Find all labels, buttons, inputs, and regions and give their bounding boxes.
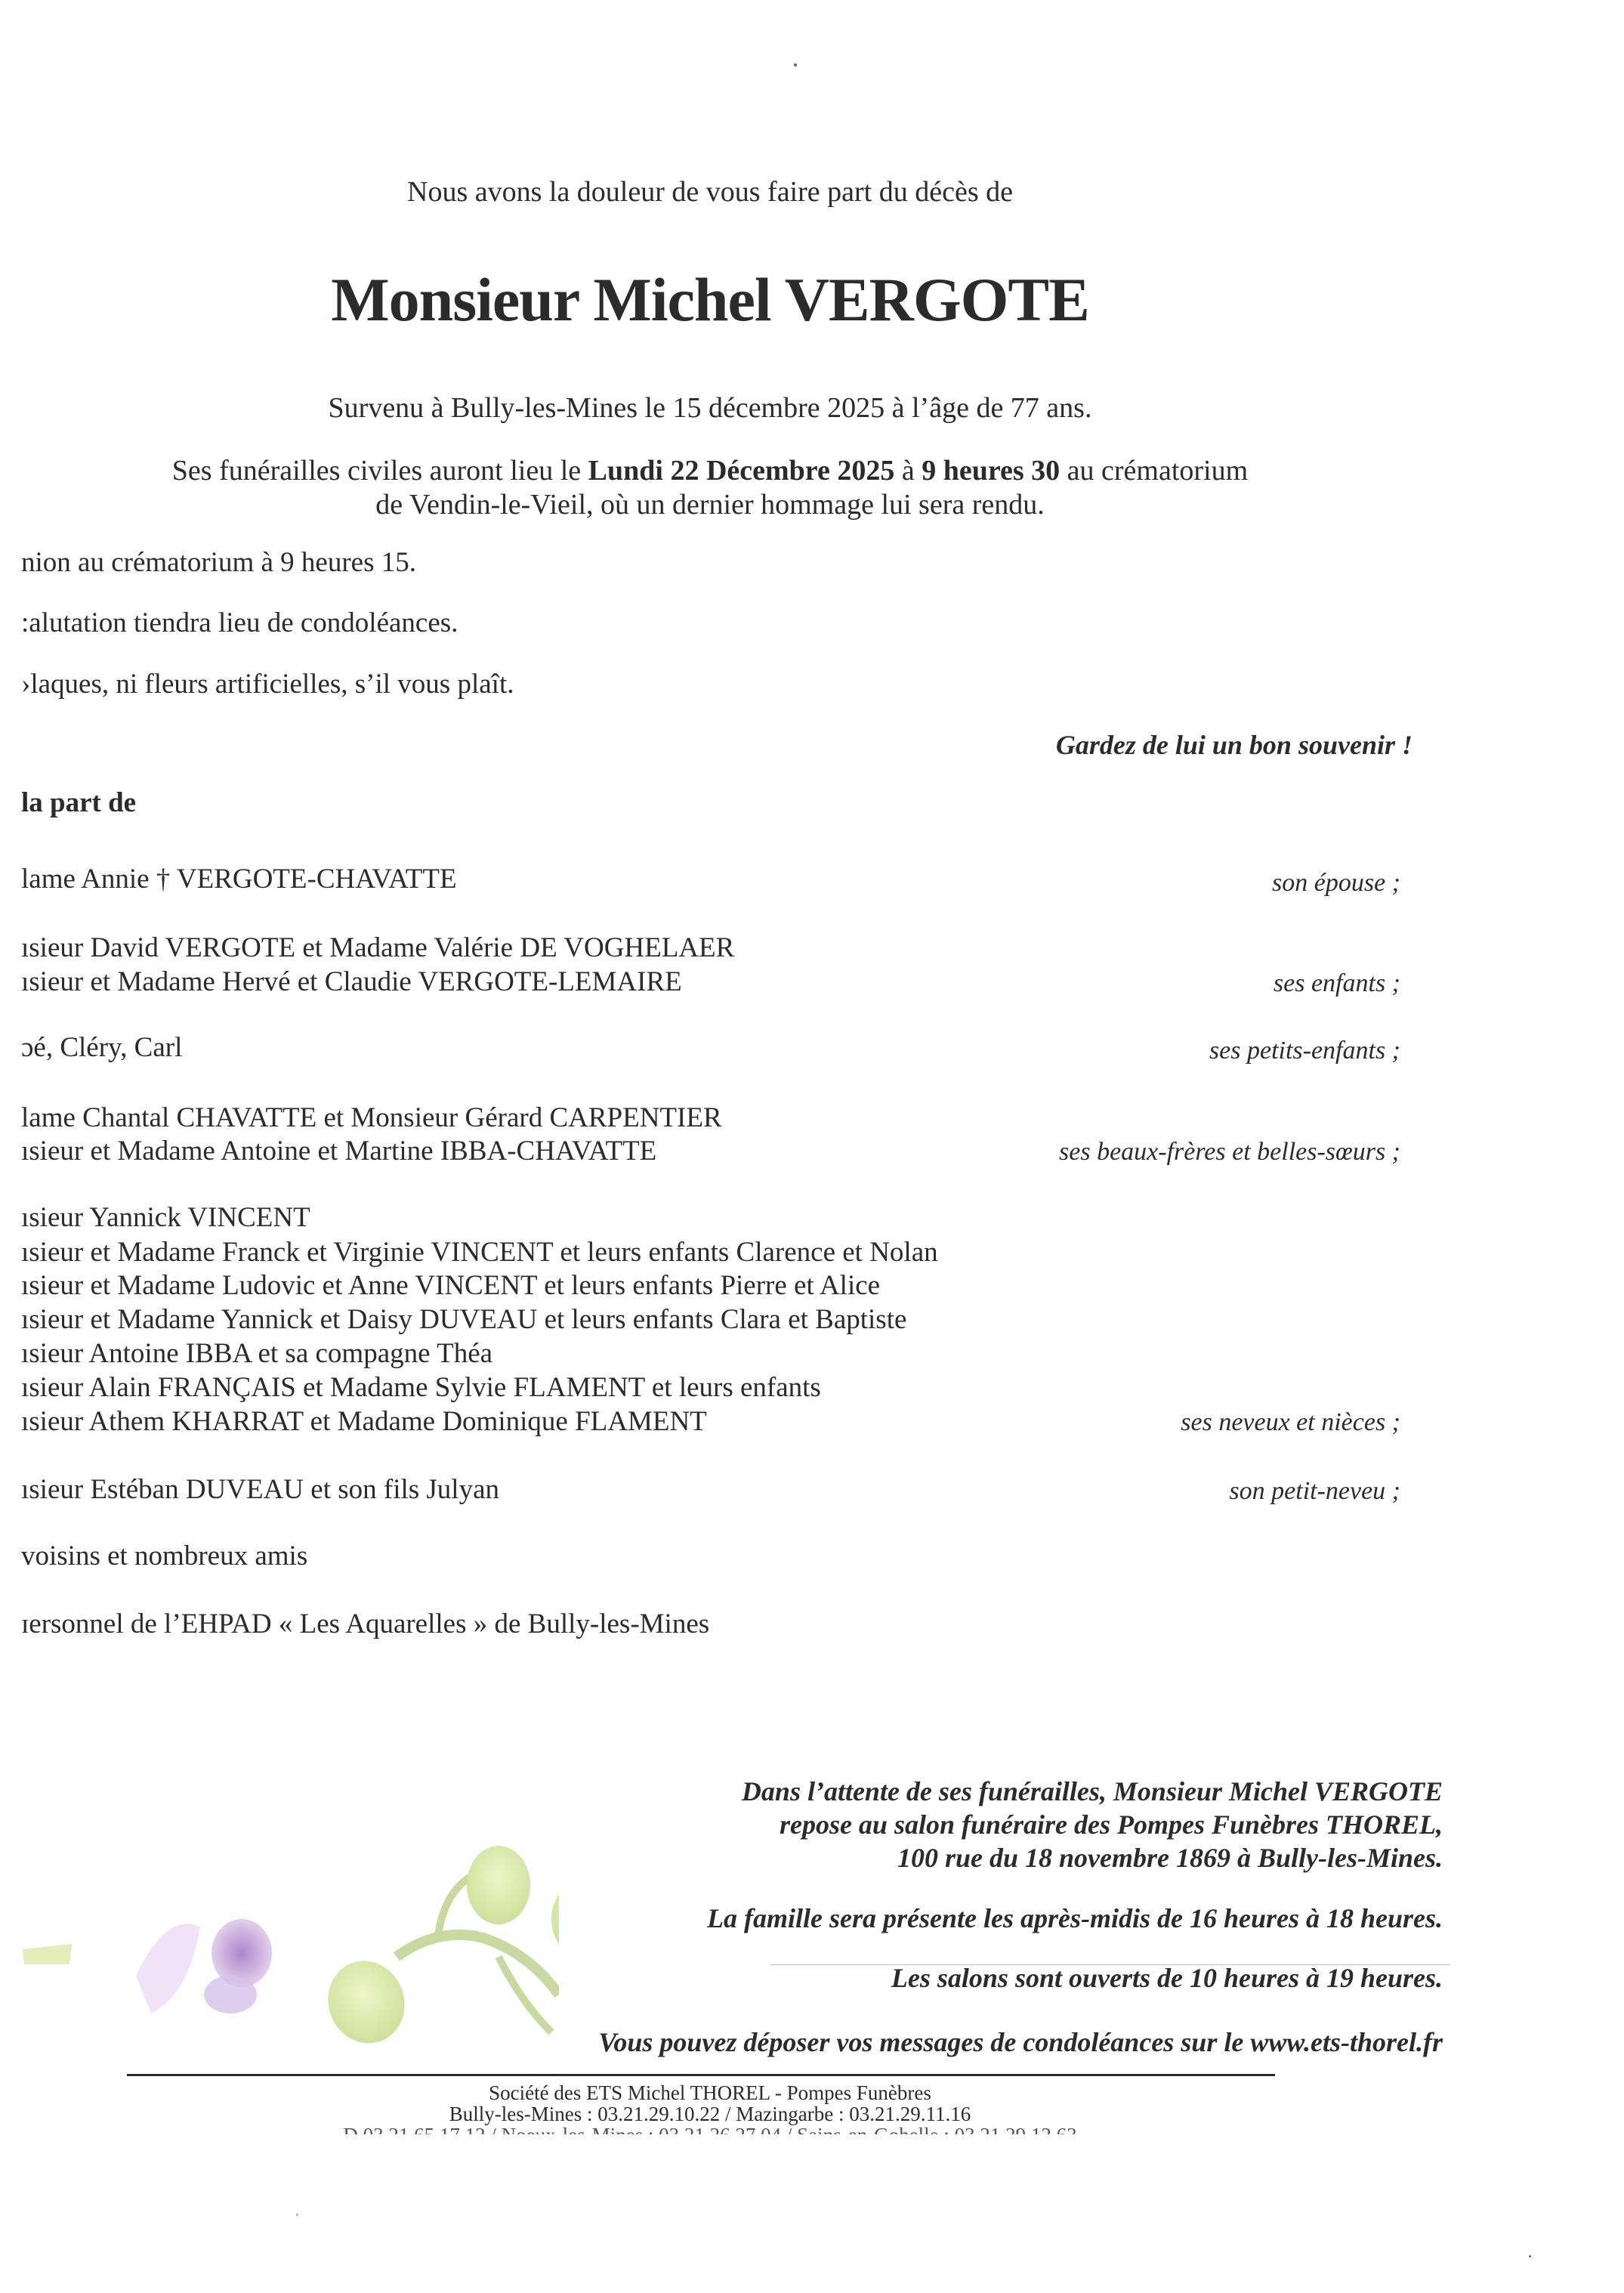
footer-phones: Bully-les-Mines : 03.21.29.10.22 / Mazin…: [0, 2103, 1420, 2126]
funeral-info-line-2: de Vendin-le-Vieil, où un dernier hommag…: [0, 488, 1420, 521]
scan-speck: [296, 2214, 298, 2216]
instruction-flowers: ›laques, ni fleurs artificielles, s’il v…: [21, 668, 514, 700]
family-relation: ses enfants ;: [1274, 969, 1400, 998]
intro-text: Nous avons la douleur de vous faire part…: [0, 175, 1420, 209]
salon-line: Dans l’attente de ses funérailles, Monsi…: [742, 1775, 1443, 1807]
funeral-date: Lundi 22 Décembre 2025: [588, 455, 895, 487]
from-heading: la part de: [21, 786, 136, 819]
family-name: ısieur et Madame Franck et Virginie VINC…: [21, 1236, 938, 1269]
family-name: ısieur Estéban DUVEAU et son fils Julyan: [21, 1473, 499, 1506]
family-relation: ses neveux et nièces ;: [1181, 1408, 1400, 1437]
opening-hours: Les salons sont ouverts de 10 heures à 1…: [891, 1962, 1443, 1994]
death-info: Survenu à Bully-les-Mines le 15 décembre…: [0, 391, 1420, 425]
instruction-condolences: :alutation tiendra lieu de condoléances.: [21, 607, 458, 639]
family-name: ısieur Alain FRANÇAIS et Madame Sylvie F…: [21, 1371, 821, 1404]
family-relation: son petit-neveu ;: [1229, 1477, 1400, 1506]
salon-address: 100 rue du 18 novembre 1869 à Bully-les-…: [897, 1842, 1443, 1874]
family-presence: La famille sera présente les après-midis…: [707, 1902, 1443, 1934]
orchid-illustration: [15, 1843, 559, 2070]
scan-speck: [1529, 2255, 1531, 2257]
footer-divider: [127, 2074, 1275, 2076]
footer-company: Société des ETS Michel THOREL - Pompes F…: [0, 2081, 1420, 2105]
family-name: ısieur et Madame Yannick et Daisy DUVEAU…: [21, 1303, 906, 1336]
deceased-name: Monsieur Michel VERGOTE: [0, 264, 1420, 335]
family-relation: son épouse ;: [1272, 869, 1400, 898]
funeral-time: 9 heures 30: [922, 455, 1060, 487]
instruction-gathering: nion au crématorium à 9 heures 15.: [21, 546, 416, 579]
funeral-info-line-1: Ses funérailles civiles auront lieu le L…: [0, 454, 1420, 487]
family-relation: ses beaux-frères et belles-sœurs ;: [1059, 1138, 1400, 1167]
scan-speck: [794, 63, 797, 66]
family-name: ısieur Yannick VINCENT: [21, 1201, 310, 1234]
family-name: ısieur et Madame Antoine et Martine IBBA…: [21, 1135, 656, 1167]
family-name: ısieur et Madame Hervé et Claudie VERGOT…: [21, 966, 682, 998]
family-name: ısieur et Madame Ludovic et Anne VINCENT…: [21, 1269, 880, 1302]
family-name: lame Chantal CHAVATTE et Monsieur Gérard…: [21, 1102, 722, 1134]
funeral-post: au crématorium: [1060, 455, 1248, 487]
family-name: ɔé, Cléry, Carl: [21, 1031, 182, 1064]
family-name: ɪersonnel de l’EHPAD « Les Aquarelles » …: [21, 1608, 709, 1640]
funeral-mid: à: [894, 455, 922, 487]
family-name: voisins et nombreux amis: [21, 1540, 307, 1572]
souvenir-text: Gardez de lui un bon souvenir !: [1056, 729, 1413, 761]
footer-phones-cut: D 03.21.65.17.12 / Noeux-les-Mines : 03.…: [0, 2124, 1420, 2134]
family-name: lame Annie † VERGOTE-CHAVATTE: [21, 863, 457, 895]
funeral-pre: Ses funérailles civiles auront lieu le: [172, 455, 588, 487]
family-name: ısieur Athem KHARRAT et Madame Dominique…: [21, 1405, 707, 1438]
family-name: ısieur David VERGOTE et Madame Valérie D…: [21, 932, 734, 964]
family-name: ısieur Antoine IBBA et sa compagne Théa: [21, 1337, 492, 1370]
condolences-link-text: Vous pouvez déposer vos messages de cond…: [598, 2026, 1443, 2058]
salon-line: repose au salon funéraire des Pompes Fun…: [780, 1809, 1443, 1840]
family-relation: ses petits-enfants ;: [1209, 1037, 1400, 1065]
